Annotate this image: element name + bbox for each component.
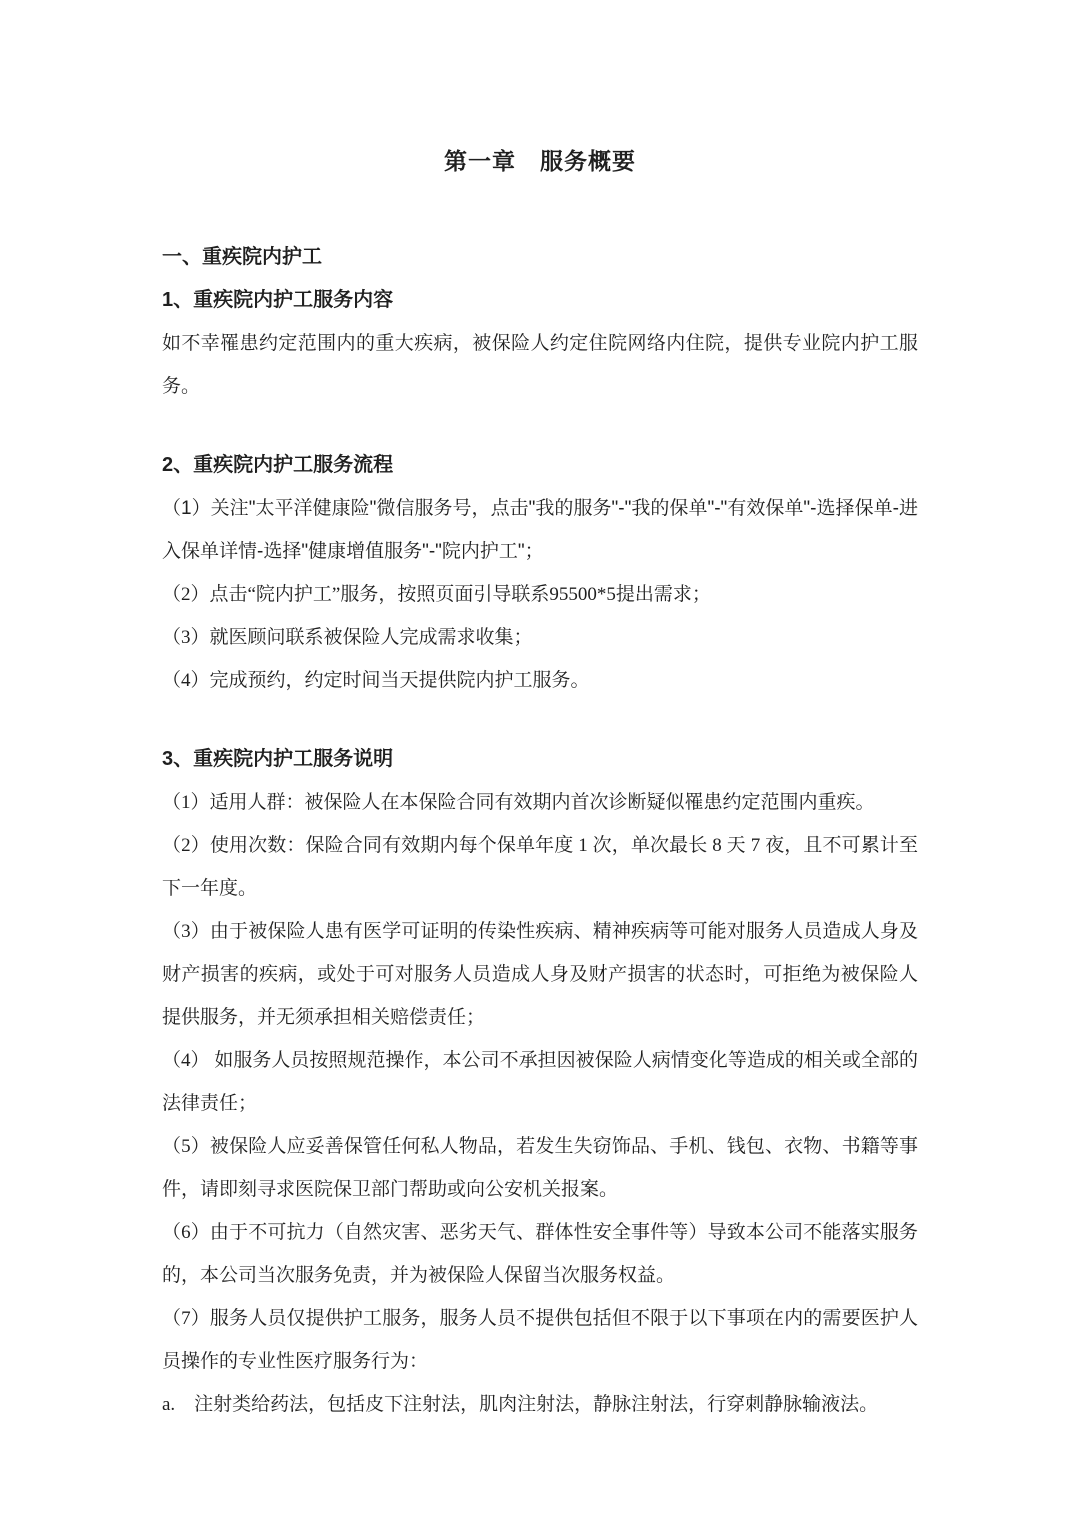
subsection-2-step-1: （1）关注"太平洋健康险"微信服务号，点击"我的服务"-"我的保单"-"有效保单… — [162, 487, 918, 573]
subsection-3-note-7: （7）服务人员仅提供护工服务，服务人员不提供包括但不限于以下事项在内的需要医护人… — [162, 1297, 918, 1383]
subsection-2-step-4: （4）完成预约，约定时间当天提供院内护工服务。 — [162, 659, 918, 702]
subsection-3-note-6: （6）由于不可抗力（自然灾害、恶劣天气、群体性安全事件等）导致本公司不能落实服务… — [162, 1211, 918, 1297]
subsection-1-heading: 1、重疾院内护工服务内容 — [162, 279, 918, 322]
subsection-2-step-3: （3）就医顾问联系被保险人完成需求收集； — [162, 616, 918, 659]
subsection-3-heading: 3、重疾院内护工服务说明 — [162, 738, 918, 781]
subsection-3-note-2: （2）使用次数：保险合同有效期内每个保单年度 1 次，单次最长 8 天 7 夜，… — [162, 824, 918, 910]
subsection-3-note-3: （3）由于被保险人患有医学可证明的传染性疾病、精神疾病等可能对服务人员造成人身及… — [162, 910, 918, 1039]
document-page: 第一章 服务概要 一、重疾院内护工 1、重疾院内护工服务内容 如不幸罹患约定范围… — [0, 0, 1080, 1527]
subsection-3-note-4: （4） 如服务人员按照规范操作，本公司不承担因被保险人病情变化等造成的相关或全部… — [162, 1039, 918, 1125]
chapter-title: 第一章 服务概要 — [162, 146, 918, 176]
section-heading: 一、重疾院内护工 — [162, 236, 918, 279]
subsection-3-list-item-a: a. 注射类给药法，包括皮下注射法，肌肉注射法，静脉注射法，行穿刺静脉输液法。 — [162, 1383, 918, 1426]
subsection-3-note-1: （1）适用人群：被保险人在本保险合同有效期内首次诊断疑似罹患约定范围内重疾。 — [162, 781, 918, 824]
subsection-2-heading: 2、重疾院内护工服务流程 — [162, 444, 918, 487]
subsection-1-paragraph: 如不幸罹患约定范围内的重大疾病，被保险人约定住院网络内住院，提供专业院内护工服务… — [162, 322, 918, 408]
subsection-2-step-2: （2）点击“院内护工”服务，按照页面引导联系95500*5提出需求； — [162, 573, 918, 616]
subsection-3-note-5: （5）被保险人应妥善保管任何私人物品，若发生失窃饰品、手机、钱包、衣物、书籍等事… — [162, 1125, 918, 1211]
